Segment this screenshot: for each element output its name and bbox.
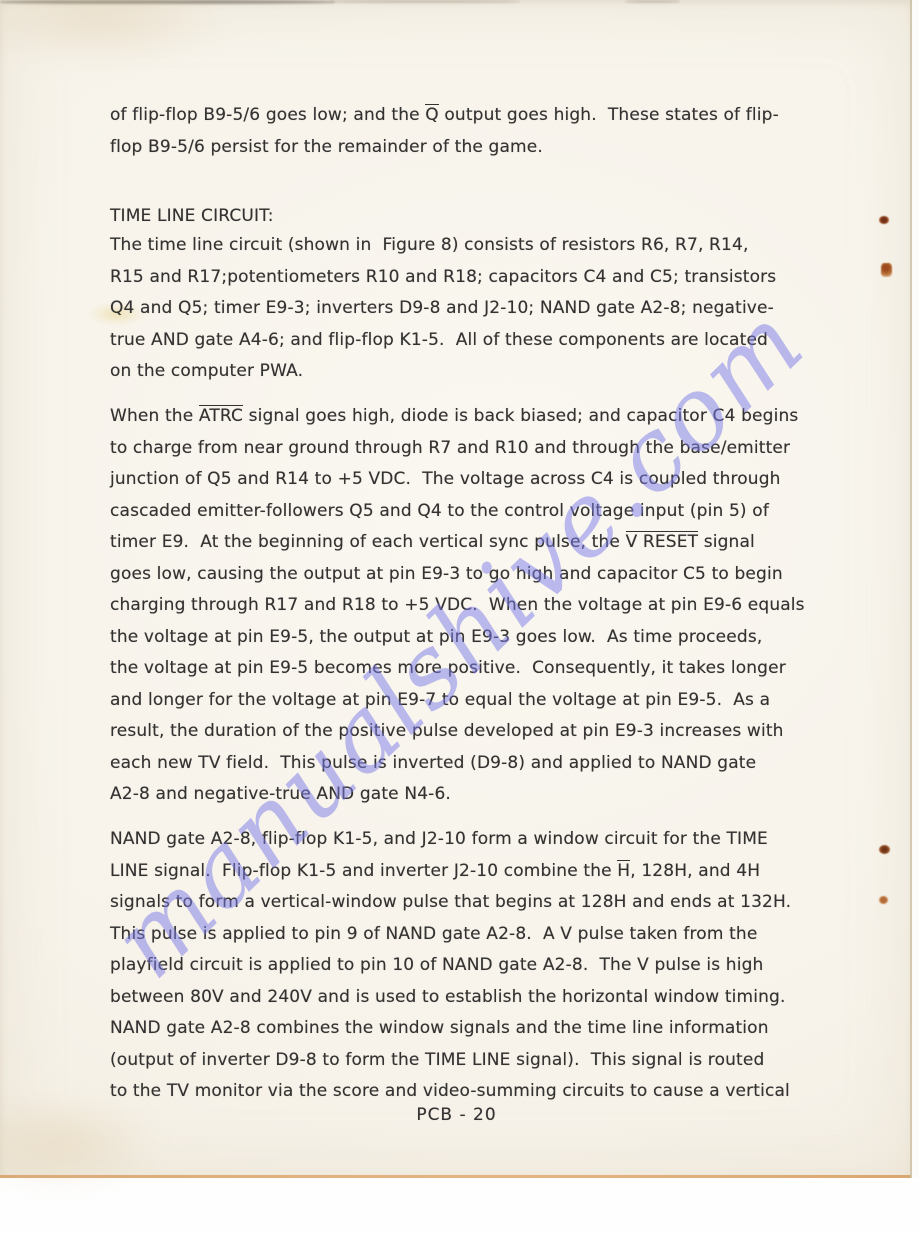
text-run: timer E9. At the beginning of each verti… xyxy=(110,532,626,552)
text-line: When the ATRC signal goes high, diode is… xyxy=(110,401,805,433)
paragraph-components: The time line circuit (shown in Figure 8… xyxy=(110,230,776,388)
scan-smudge-top xyxy=(330,0,520,3)
scanned-page: manualshive.com of flip-flop B9-5/6 goes… xyxy=(0,0,919,1233)
text-run: between 80V and 240V and is used to esta… xyxy=(110,987,786,1007)
text-run: the voltage at pin E9-5, the output at p… xyxy=(110,627,762,647)
text-run: cascaded emitter-followers Q5 and Q4 to … xyxy=(110,501,769,521)
text-line: each new TV field. This pulse is inverte… xyxy=(110,748,805,780)
paragraph-intro: of flip-flop B9-5/6 goes low; and the Q … xyxy=(110,100,779,163)
text-line: of flip-flop B9-5/6 goes low; and the Q … xyxy=(110,100,779,132)
text-run: output goes high. These states of flip- xyxy=(439,105,779,125)
text-line: timer E9. At the beginning of each verti… xyxy=(110,527,805,559)
text-line: on the computer PWA. xyxy=(110,356,776,388)
text-run: on the computer PWA. xyxy=(110,361,303,381)
text-run: signal goes high, diode is back biased; … xyxy=(243,406,798,426)
text-run: signals to form a vertical-window pulse … xyxy=(110,892,791,912)
text-line: flop B9-5/6 persist for the remainder of… xyxy=(110,132,779,164)
overlined-signal-name: ATRC xyxy=(199,405,243,426)
text-line: charging through R17 and R18 to +5 VDC. … xyxy=(110,590,805,622)
text-run: (output of inverter D9-8 to form the TIM… xyxy=(110,1050,764,1070)
page-right-edge xyxy=(910,0,912,1178)
paragraph-window-circuit: NAND gate A2-8, flip-flop K1-5, and J2-1… xyxy=(110,824,791,1108)
text-run: R15 and R17;potentiometers R10 and R18; … xyxy=(110,267,776,287)
text-run: charging through R17 and R18 to +5 VDC. … xyxy=(110,595,805,615)
overlined-signal-name: V RESET xyxy=(626,531,699,552)
text-line: the voltage at pin E9-5, the output at p… xyxy=(110,622,805,654)
ink-spot xyxy=(879,216,889,224)
text-line: signals to form a vertical-window pulse … xyxy=(110,887,791,919)
scanner-background-right xyxy=(912,0,919,1233)
scan-smudge-top xyxy=(625,0,680,3)
scanner-background-bottom xyxy=(0,1178,919,1233)
text-run: Q4 and Q5; timer E9-3; inverters D9-8 an… xyxy=(110,298,774,318)
text-run: A2-8 and negative-true AND gate N4-6. xyxy=(110,784,451,804)
text-line: between 80V and 240V and is used to esta… xyxy=(110,982,791,1014)
text-line: Q4 and Q5; timer E9-3; inverters D9-8 an… xyxy=(110,293,776,325)
text-line: R15 and R17;potentiometers R10 and R18; … xyxy=(110,262,776,294)
text-run: , 128H, and 4H xyxy=(630,861,760,881)
text-run: playfield circuit is applied to pin 10 o… xyxy=(110,955,763,975)
text-run: to charge from near ground through R7 an… xyxy=(110,438,790,458)
text-line: true AND gate A4-6; and flip-flop K1-5. … xyxy=(110,325,776,357)
text-run: When the xyxy=(110,406,199,426)
text-line: goes low, causing the output at pin E9-3… xyxy=(110,559,805,591)
section-heading: TIME LINE CIRCUIT: xyxy=(110,201,274,233)
text-line: the voltage at pin E9-5 becomes more pos… xyxy=(110,653,805,685)
text-run: each new TV field. This pulse is inverte… xyxy=(110,753,756,773)
text-line: This pulse is applied to pin 9 of NAND g… xyxy=(110,919,791,951)
page-bottom-edge xyxy=(0,1175,911,1178)
ink-spot xyxy=(879,896,888,904)
footer-page-number: PCB - 20 xyxy=(0,1100,913,1132)
text-run: and longer for the voltage at pin E9-7 t… xyxy=(110,690,770,710)
text-run: This pulse is applied to pin 9 of NAND g… xyxy=(110,924,757,944)
text-line: NAND gate A2-8, flip-flop K1-5, and J2-1… xyxy=(110,824,791,856)
text-line: LINE signal. Flip-flop K1-5 and inverter… xyxy=(110,856,791,888)
text-line: A2-8 and negative-true AND gate N4-6. xyxy=(110,779,805,811)
text-run: result, the duration of the positive pul… xyxy=(110,721,784,741)
paragraph-circuit-operation: When the ATRC signal goes high, diode is… xyxy=(110,401,805,811)
text-run: LINE signal. Flip-flop K1-5 and inverter… xyxy=(110,861,617,881)
text-line: and longer for the voltage at pin E9-7 t… xyxy=(110,685,805,717)
ink-spot xyxy=(881,263,892,277)
overlined-signal-name: H xyxy=(617,860,630,881)
text-line: to charge from near ground through R7 an… xyxy=(110,433,805,465)
text-line: result, the duration of the positive pul… xyxy=(110,716,805,748)
text-line: NAND gate A2-8 combines the window signa… xyxy=(110,1013,791,1045)
overlined-signal-name: Q xyxy=(425,104,439,125)
text-run: goes low, causing the output at pin E9-3… xyxy=(110,564,783,584)
text-line: The time line circuit (shown in Figure 8… xyxy=(110,230,776,262)
text-run: flop B9-5/6 persist for the remainder of… xyxy=(110,137,543,157)
text-run: signal xyxy=(698,532,755,552)
ink-spot xyxy=(879,845,890,854)
text-run: true AND gate A4-6; and flip-flop K1-5. … xyxy=(110,330,768,350)
text-line: cascaded emitter-followers Q5 and Q4 to … xyxy=(110,496,805,528)
text-run: junction of Q5 and R14 to +5 VDC. The vo… xyxy=(110,469,781,489)
text-run: to the TV monitor via the score and vide… xyxy=(110,1081,790,1101)
text-run: The time line circuit (shown in Figure 8… xyxy=(110,235,749,255)
text-run: the voltage at pin E9-5 becomes more pos… xyxy=(110,658,786,678)
text-run: of flip-flop B9-5/6 goes low; and the xyxy=(110,105,425,125)
text-run: NAND gate A2-8 combines the window signa… xyxy=(110,1018,769,1038)
text-line: junction of Q5 and R14 to +5 VDC. The vo… xyxy=(110,464,805,496)
text-run: NAND gate A2-8, flip-flop K1-5, and J2-1… xyxy=(110,829,768,849)
text-line: (output of inverter D9-8 to form the TIM… xyxy=(110,1045,791,1077)
text-line: playfield circuit is applied to pin 10 o… xyxy=(110,950,791,982)
